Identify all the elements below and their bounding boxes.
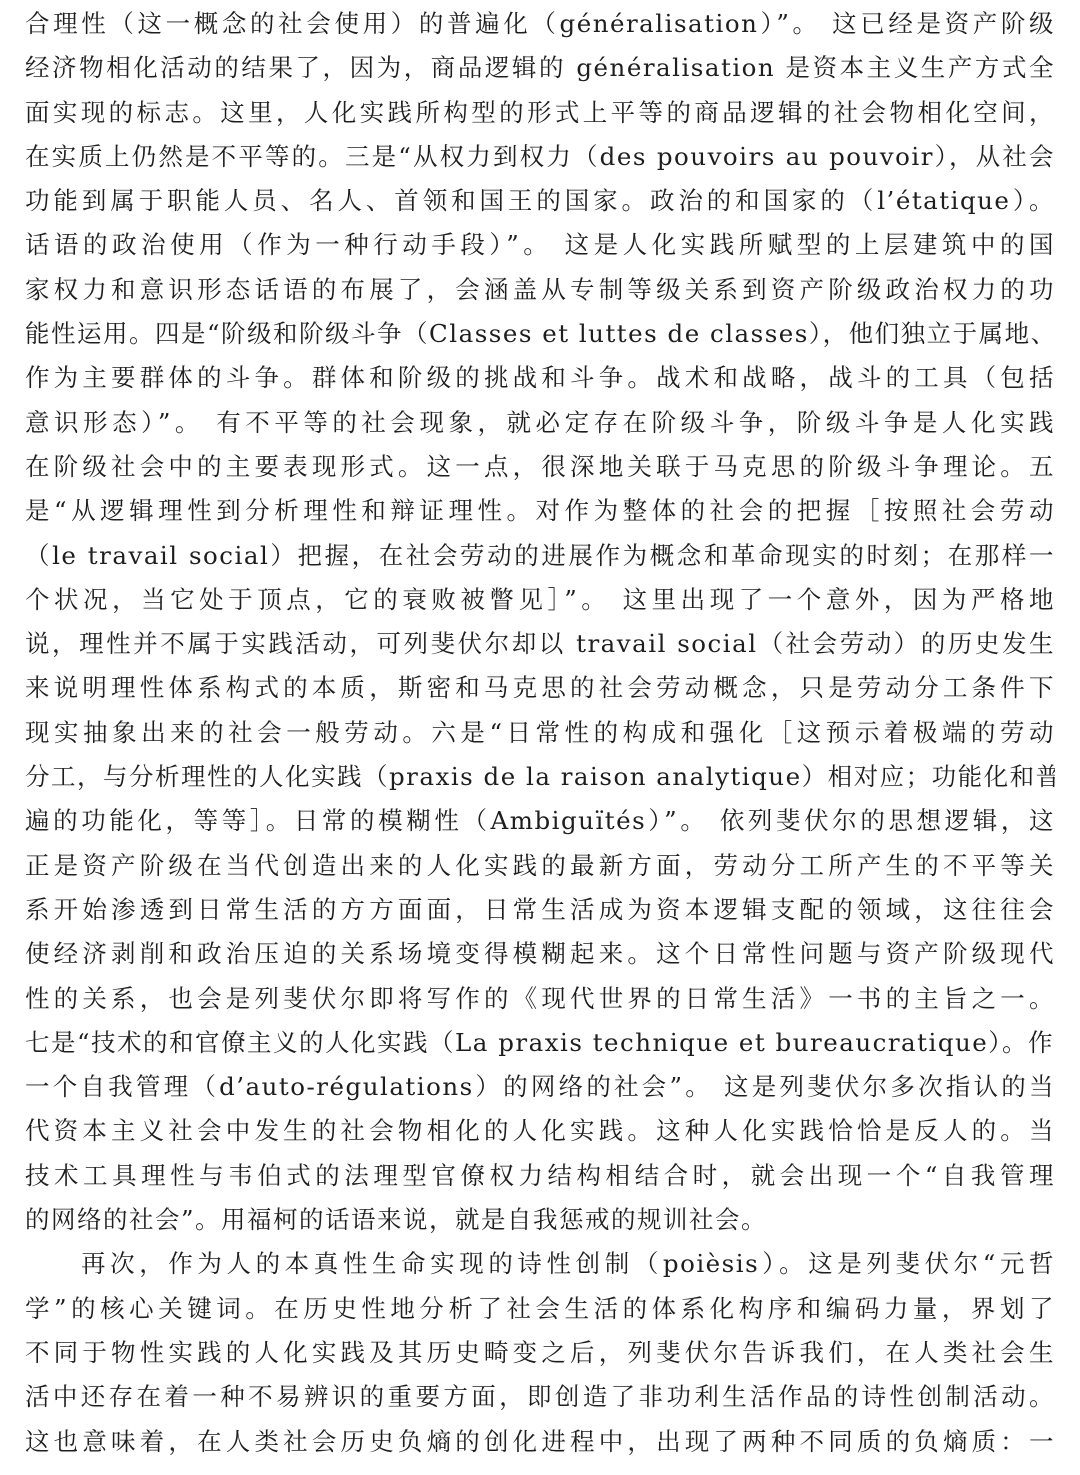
- text-line: 话语的政治使用（作为一种行动手段）”。 这是人化实践所赋型的上层建筑中的国: [25, 223, 1055, 267]
- text-line: 不同于物性实践的人化实践及其历史畸变之后，列斐伏尔告诉我们，在人类社会生: [25, 1331, 1055, 1375]
- text-line: 家权力和意识形态话语的布展了，会涵盖从专制等级关系到资产阶级政治权力的功: [25, 268, 1055, 312]
- text-line: 使经济剥削和政治压迫的关系场境变得模糊起来。这个日常性问题与资产阶级现代: [25, 932, 1055, 976]
- text-line: 学”的核心关键词。在历史性地分析了社会生活的体系化构序和编码力量，界划了: [25, 1287, 1055, 1331]
- text-line: 七是“技术的和官僚主义的人化实践（La praxis technique et …: [25, 1021, 1055, 1065]
- text-line: 合理性（这一概念的社会使用）的普遍化（généralisation）”。 这已经…: [25, 2, 1055, 46]
- text-line: 分工，与分析理性的人化实践（praxis de la raison analyt…: [25, 755, 1055, 799]
- paragraph-end-line: 的网络的社会”。用福柯的话语来说，就是自我惩戒的规训社会。: [25, 1198, 1055, 1242]
- text-line: 技术工具理性与韦伯式的法理型官僚权力结构相结合时，就会出现一个“自我管理: [25, 1154, 1055, 1198]
- text-line: 能性运用。四是“阶级和阶级斗争（Classes et luttes de cla…: [25, 312, 1055, 356]
- document-page: 合理性（这一概念的社会使用）的普遍化（généralisation）”。 这已经…: [25, 2, 1055, 1464]
- text-line: 在实质上仍然是不平等的。三是“从权力到权力（des pouvoirs au po…: [25, 135, 1055, 179]
- text-line: 经济物相化活动的结果了，因为，商品逻辑的 généralisation 是资本主…: [25, 46, 1055, 90]
- text-line: 功能到属于职能人员、名人、首领和国王的国家。政治的和国家的（l’étatique…: [25, 179, 1055, 223]
- text-line: 面实现的标志。这里，人化实践所构型的形式上平等的商品逻辑的社会物相化空间，: [25, 91, 1055, 135]
- text-line: 遍的功能化，等等］。日常的模糊性（Ambiguïtés）”。 依列斐伏尔的思想逻…: [25, 799, 1055, 843]
- text-line: 性的关系，也会是列斐伏尔即将写作的《现代世界的日常生活》一书的主旨之一。: [25, 977, 1055, 1021]
- paragraph-start-line: 再次，作为人的本真性生命实现的诗性创制（poièsis）。这是列斐伏尔“元哲: [25, 1242, 1055, 1286]
- text-line: 来说明理性体系构式的本质，斯密和马克思的社会劳动概念，只是劳动分工条件下: [25, 666, 1055, 710]
- text-line: （le travail social）把握，在社会劳动的进展作为概念和革命现实的…: [25, 534, 1055, 578]
- text-line: 现实抽象出来的社会一般劳动。六是“日常性的构成和强化［这预示着极端的劳动: [25, 711, 1055, 755]
- text-line: 作为主要群体的斗争。群体和阶级的挑战和斗争。战术和战略，战斗的工具（包括: [25, 356, 1055, 400]
- text-line: 系开始渗透到日常生活的方方面面，日常生活成为资本逻辑支配的领域，这往往会: [25, 888, 1055, 932]
- text-line: 活中还存在着一种不易辨识的重要方面，即创造了非功利生活作品的诗性创制活动。: [25, 1375, 1055, 1419]
- text-line: 正是资产阶级在当代创造出来的人化实践的最新方面，劳动分工所产生的不平等关: [25, 844, 1055, 888]
- text-line: 在阶级社会中的主要表现形式。这一点，很深地关联于马克思的阶级斗争理论。五: [25, 445, 1055, 489]
- text-line: 意识形态）”。 有不平等的社会现象，就必定存在阶级斗争，阶级斗争是人化实践: [25, 401, 1055, 445]
- text-line: 说，理性并不属于实践活动，可列斐伏尔却以 travail social（社会劳动…: [25, 622, 1055, 666]
- text-line: 是“从逻辑理性到分析理性和辩证理性。对作为整体的社会的把握［按照社会劳动: [25, 489, 1055, 533]
- text-line: 这也意味着，在人类社会历史负熵的创化进程中，出现了两种不同质的负熵质：一: [25, 1420, 1055, 1464]
- text-line: 个状况，当它处于顶点，它的衰败被瞥见］”。 这里出现了一个意外，因为严格地: [25, 578, 1055, 622]
- text-line: 代资本主义社会中发生的社会物相化的人化实践。这种人化实践恰恰是反人的。当: [25, 1109, 1055, 1153]
- text-line: 一个自我管理（d’auto-régulations）的网络的社会”。 这是列斐伏…: [25, 1065, 1055, 1109]
